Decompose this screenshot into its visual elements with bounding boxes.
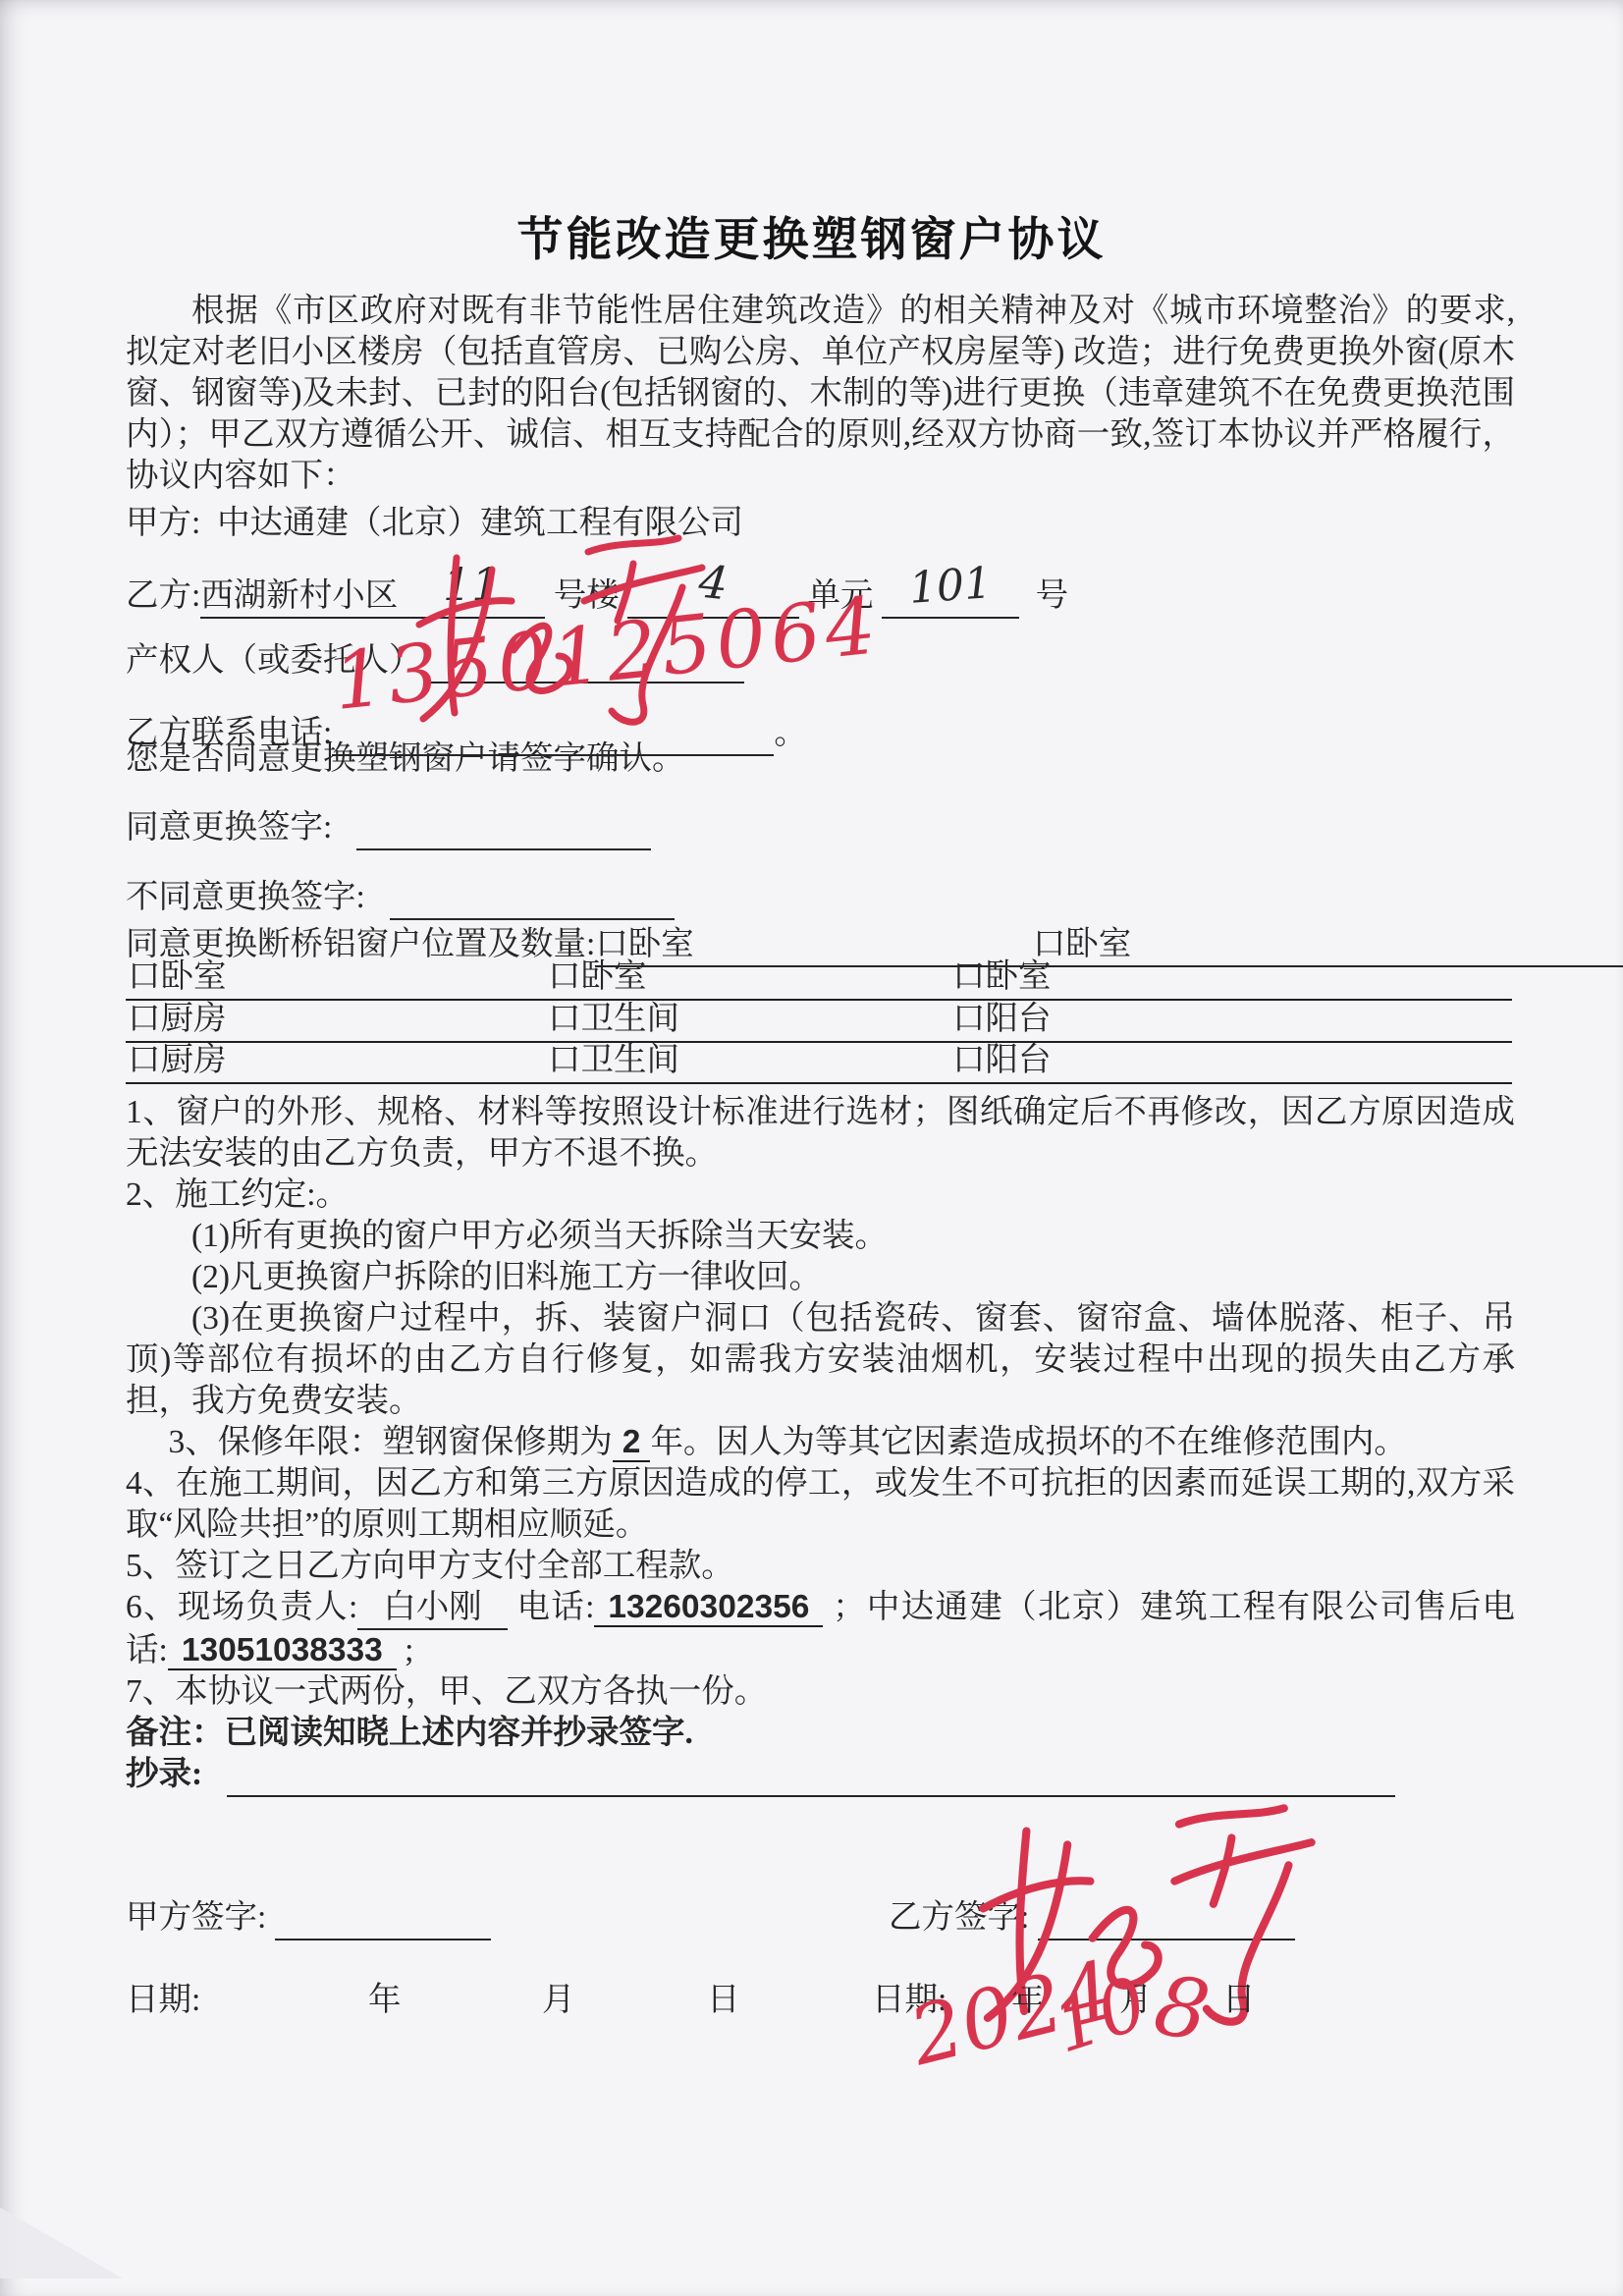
location-cell: 口阳台 bbox=[952, 1032, 1052, 1080]
note-text: 已阅读知晓上述内容并抄录签字. bbox=[225, 1715, 693, 1751]
clause-2-3: (3)在更换窗户过程中，拆、装窗户洞口（包括瓷砖、窗套、窗帘盒、墙体脱落、柜子、… bbox=[126, 1298, 1515, 1422]
clause-7: 7、本协议一式两份，甲、乙双方各执一份。 bbox=[126, 1671, 1515, 1713]
year-label-a: 年 bbox=[368, 1980, 402, 2021]
agree-sign-label: 同意更换签字: bbox=[126, 809, 332, 846]
site-manager-phone: 13260302356 bbox=[594, 1589, 823, 1627]
clause-6-pre1: 6、现场负责人: bbox=[126, 1589, 357, 1625]
room-no-handwriting: 101 bbox=[907, 563, 993, 610]
transcribe-line: 抄录: bbox=[126, 1754, 1515, 1797]
note-label: 备注： bbox=[126, 1715, 225, 1751]
clause-3-post: 年。因人为等其它因素造成损坏的不在维修范围内。 bbox=[650, 1424, 1407, 1460]
party-b-community: 西湖新村小区 bbox=[200, 577, 398, 614]
disagree-sign-line: 不同意更换签字: bbox=[126, 877, 675, 920]
party-b-sign-label: 乙方签字: bbox=[889, 1899, 1029, 1936]
location-cell: 口卧室 bbox=[548, 949, 647, 997]
locations-row: 口卧室 口卧室 口卧室 bbox=[126, 958, 1512, 1001]
party-a-value: 中达通建（北京）建筑工程有限公司 bbox=[217, 505, 743, 541]
day-label-a: 日 bbox=[707, 1980, 740, 2021]
party-a-label: 甲方: bbox=[126, 505, 200, 541]
locations-row: 口厨房 口卫生间 口阳台 bbox=[126, 1042, 1512, 1084]
locations-row: 口厨房 口卫生间 口阳台 bbox=[126, 1001, 1512, 1043]
location-cell: 口卧室 bbox=[952, 949, 1052, 997]
disagree-sign-label: 不同意更换签字: bbox=[126, 879, 365, 915]
clause-1: 1、窗户的外形、规格、材料等按照设计标准进行选材；图纸确定后不再修改，因乙方原因… bbox=[126, 1092, 1515, 1175]
date-day-handwriting: 8 bbox=[1148, 1956, 1217, 2060]
signature-row: 甲方签字: 乙方签字: bbox=[0, 1897, 1623, 1946]
location-cell: 口卫生间 bbox=[548, 1032, 679, 1080]
month-label-a: 月 bbox=[542, 1980, 575, 2021]
intro-paragraph: 根据《市区政府对既有非节能性居住建筑改造》的相关精神及对《城市环境整治》的要求,… bbox=[126, 291, 1515, 497]
transcribe-label: 抄录: bbox=[126, 1756, 202, 1792]
clause-5: 5、签订之日乙方向甲方支付全部工程款。 bbox=[126, 1546, 1515, 1587]
paper-fold-corner bbox=[0, 2208, 123, 2278]
confirm-note: 您是否同意更换塑钢窗户请签字确认。 bbox=[126, 738, 685, 780]
room-label: 号 bbox=[1036, 577, 1069, 614]
party-b-sign-line: 乙方签字: bbox=[889, 1897, 1295, 1941]
document-title: 节能改造更换塑钢窗户协议 bbox=[0, 203, 1623, 269]
clause-3-pre: 3、保修年限：塑钢窗保修期为 bbox=[169, 1424, 613, 1460]
site-manager-name: 白小刚 bbox=[357, 1587, 508, 1630]
phone-period: 。 bbox=[774, 715, 807, 751]
clause-6: 6、现场负责人:白小刚 电话:13260302356 ；中达通建（北京）建筑工程… bbox=[126, 1587, 1515, 1671]
clause-4: 4、在施工期间，因乙方和第三方原因造成的停工，或发生不可抗拒的因素而延误工期的,… bbox=[126, 1463, 1515, 1546]
party-a-sign-line: 甲方签字: bbox=[126, 1897, 491, 1941]
party-b-label: 乙方: bbox=[126, 577, 200, 614]
party-a-line: 甲方: 中达通建（北京）建筑工程有限公司 bbox=[126, 503, 743, 544]
location-cell: 口卧室 bbox=[128, 949, 227, 997]
clause-3: 3、保修年限：塑钢窗保修期为2年。因人为等其它因素造成损坏的不在维修范围内。 bbox=[126, 1422, 1515, 1463]
clause-6-pre2: 电话: bbox=[516, 1589, 594, 1625]
date-label-a: 日期: bbox=[126, 1980, 200, 2021]
location-cell: 口厨房 bbox=[128, 1032, 227, 1080]
date-row: 日期: 年 月 日 日期: 年 月 日 bbox=[0, 1980, 1623, 2039]
building-no-handwriting: 11 bbox=[443, 558, 501, 611]
warranty-years-value: 2 bbox=[613, 1424, 651, 1462]
clause-2: 2、施工约定:。 bbox=[126, 1175, 1515, 1216]
agree-sign-line: 同意更换签字: bbox=[126, 807, 651, 850]
day-label-b: 日 bbox=[1222, 1980, 1256, 2021]
clauses-block: 1、窗户的外形、规格、材料等按照设计标准进行选材；图纸确定后不再修改，因乙方原因… bbox=[126, 1092, 1515, 1797]
party-a-sign-label: 甲方签字: bbox=[126, 1899, 266, 1936]
clause-2-2: (2)凡更换窗户拆除的旧料施工方一律收回。 bbox=[126, 1257, 1515, 1298]
after-sales-phone: 13051038333 bbox=[168, 1632, 397, 1670]
clause-2-1: (1)所有更换的窗户甲方必须当天拆除当天安装。 bbox=[126, 1216, 1515, 1257]
note-line: 备注：已阅读知晓上述内容并抄录签字. bbox=[126, 1713, 1515, 1754]
scanned-agreement-page: 节能改造更换塑钢窗户协议 根据《市区政府对既有非节能性居住建筑改造》的相关精神及… bbox=[0, 0, 1623, 2296]
clause-6-end: ; bbox=[405, 1632, 413, 1668]
